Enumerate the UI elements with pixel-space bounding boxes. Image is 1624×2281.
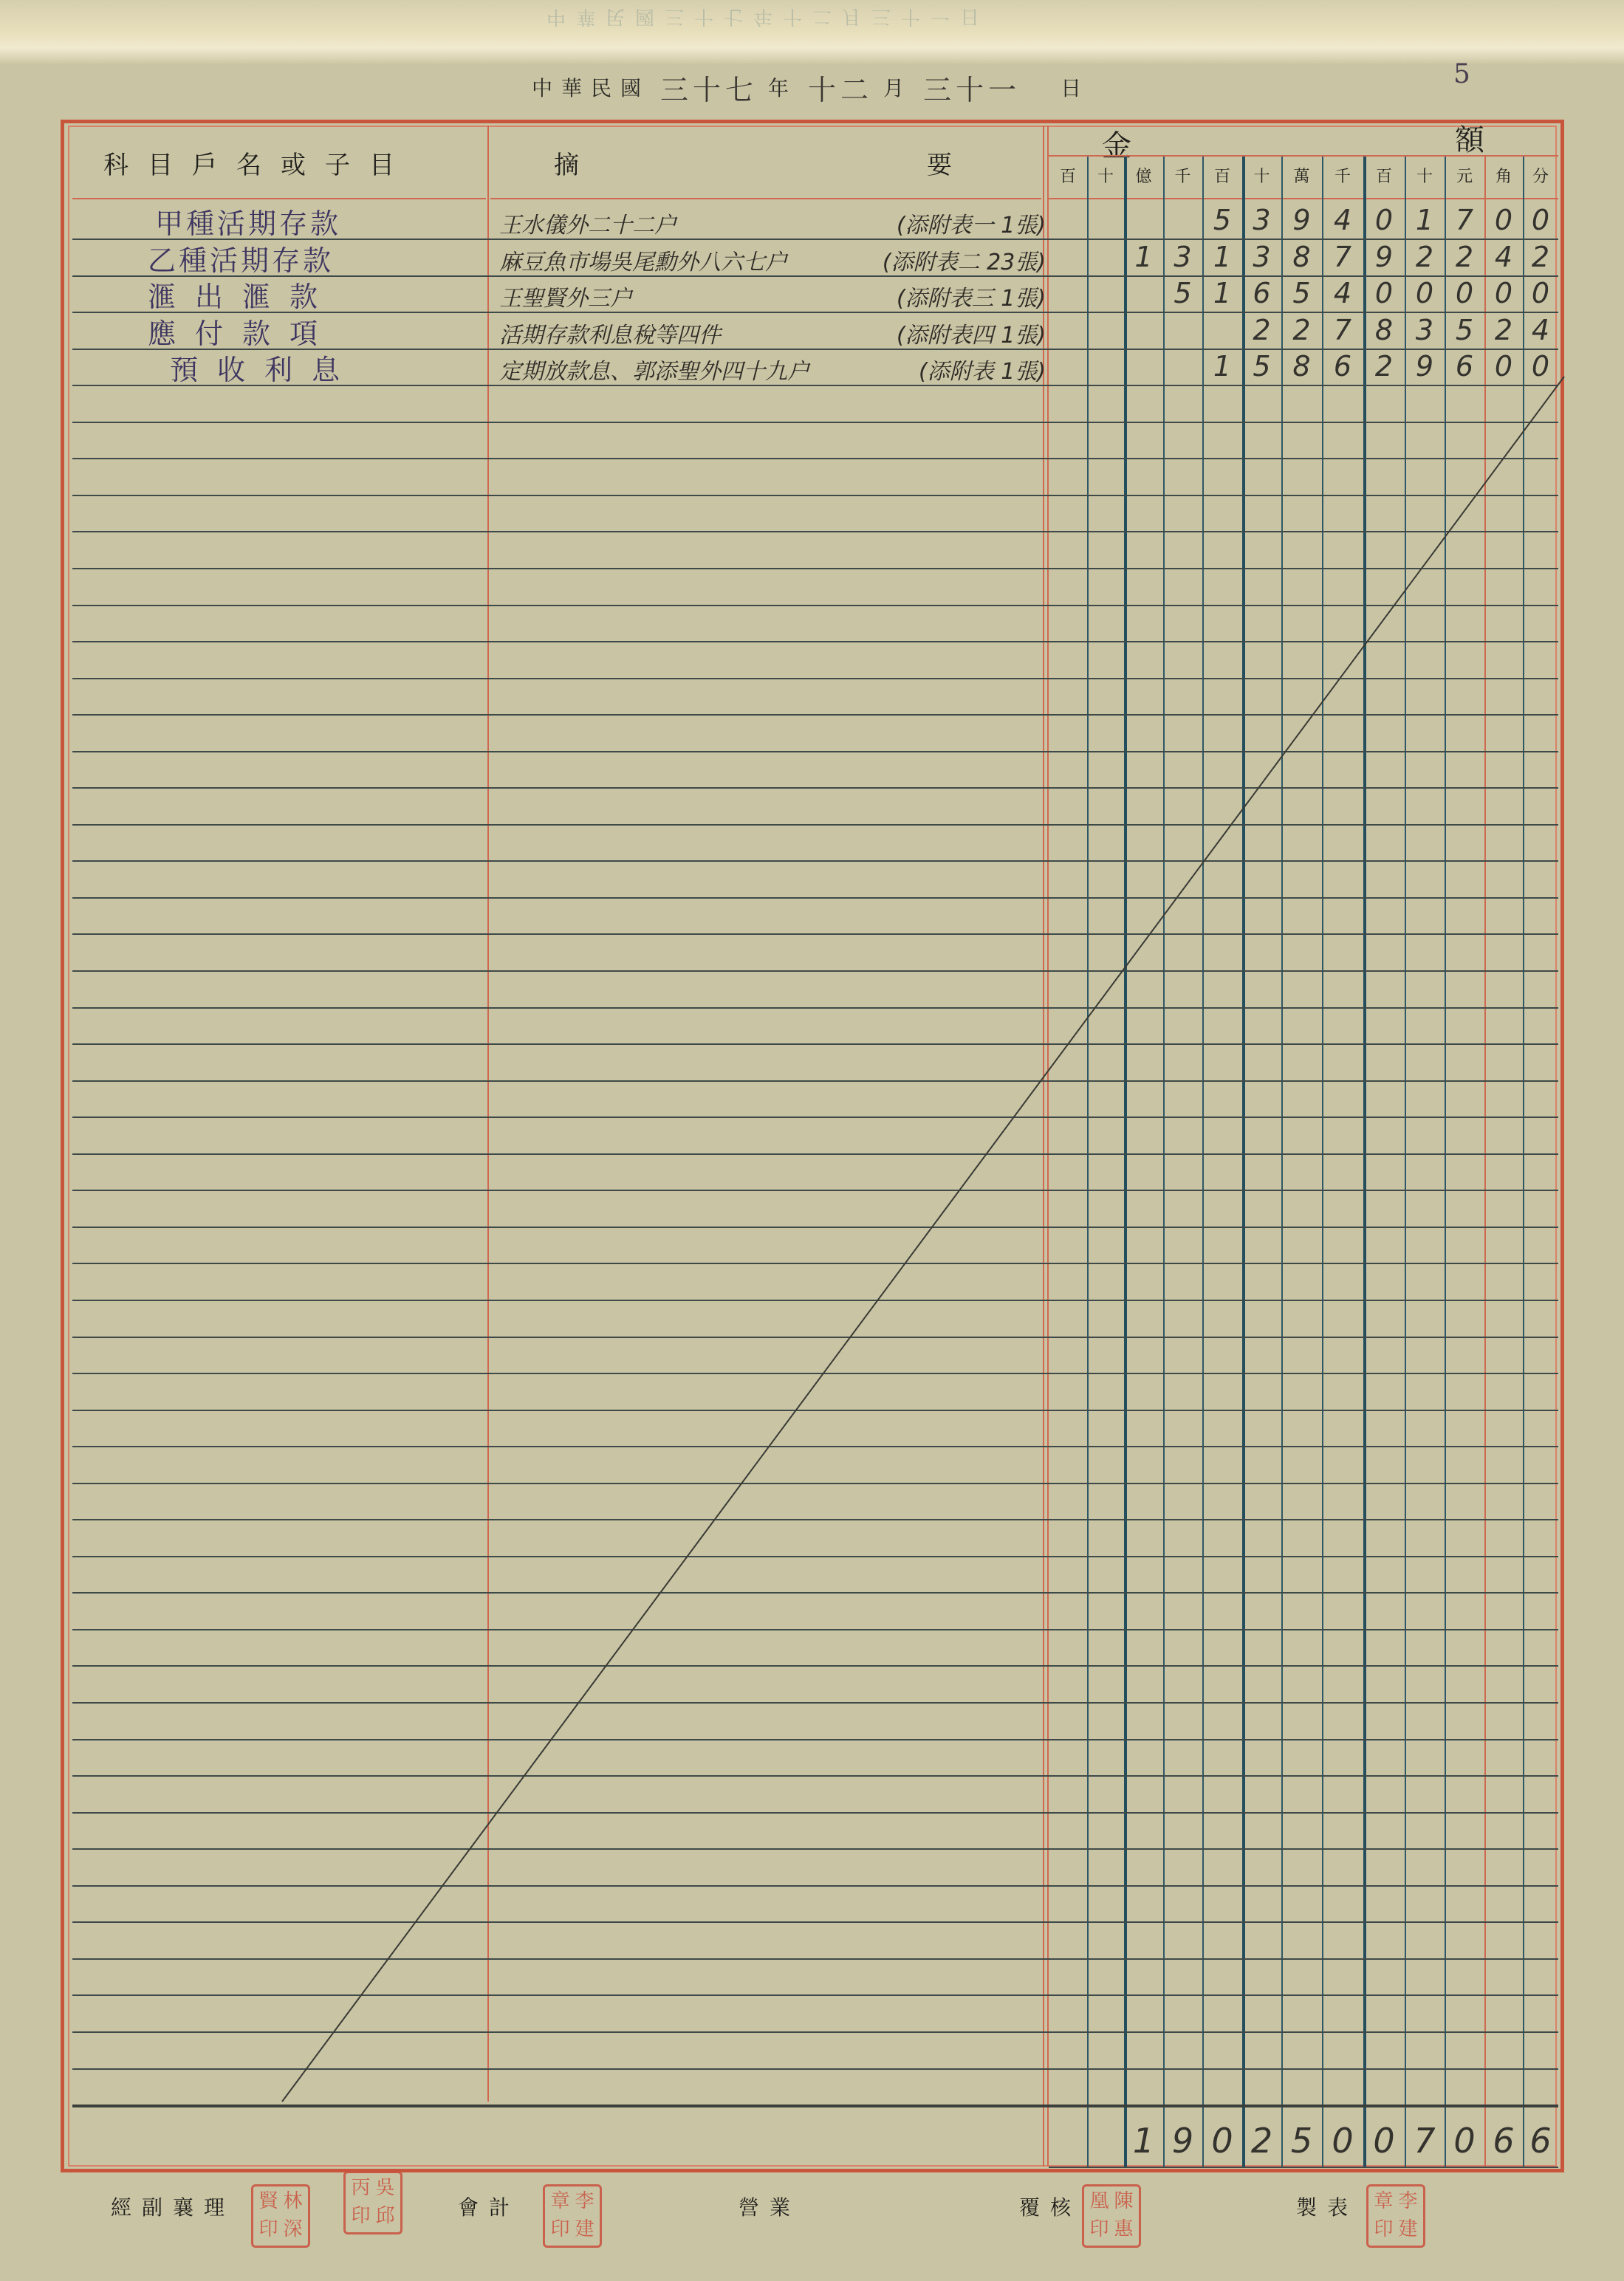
- seal-char: 章: [1371, 2188, 1396, 2216]
- name-seal: 丙吳印邱: [343, 2171, 402, 2234]
- seal-char: 建: [1396, 2216, 1420, 2244]
- signature-label: 經副襄理: [111, 2192, 235, 2221]
- seal-char: 印: [1371, 2216, 1396, 2244]
- name-seal: 賢林印深: [251, 2184, 310, 2248]
- seal-char: 建: [572, 2216, 597, 2244]
- seal-char: 惠: [1111, 2216, 1136, 2244]
- seal-char: 陳: [1111, 2188, 1136, 2216]
- signature-label: 覆核: [1019, 2192, 1081, 2221]
- seal-char: 凰: [1087, 2188, 1111, 2216]
- name-seal: 章李印建: [1366, 2184, 1425, 2248]
- cancel-diagonal-line: [0, 0, 1624, 2281]
- signature-label: 營業: [739, 2192, 801, 2221]
- seal-char: 印: [256, 2216, 281, 2244]
- seal-char: 印: [1087, 2216, 1111, 2244]
- seal-char: 章: [548, 2188, 572, 2216]
- signature-label: 會計: [458, 2192, 520, 2221]
- seal-char: 李: [1396, 2188, 1420, 2216]
- seal-char: 吳: [373, 2175, 397, 2203]
- seal-char: 林: [281, 2188, 305, 2216]
- seal-char: 賢: [256, 2188, 281, 2216]
- seal-char: 李: [572, 2188, 597, 2216]
- signature-label: 製表: [1296, 2192, 1358, 2221]
- name-seal: 凰陳印惠: [1082, 2184, 1141, 2248]
- name-seal: 章李印建: [543, 2184, 602, 2248]
- seal-char: 印: [548, 2216, 572, 2244]
- seal-char: 深: [281, 2216, 305, 2244]
- seal-char: 邱: [373, 2203, 397, 2231]
- seal-char: 丙: [349, 2175, 373, 2203]
- seal-char: 印: [349, 2203, 373, 2231]
